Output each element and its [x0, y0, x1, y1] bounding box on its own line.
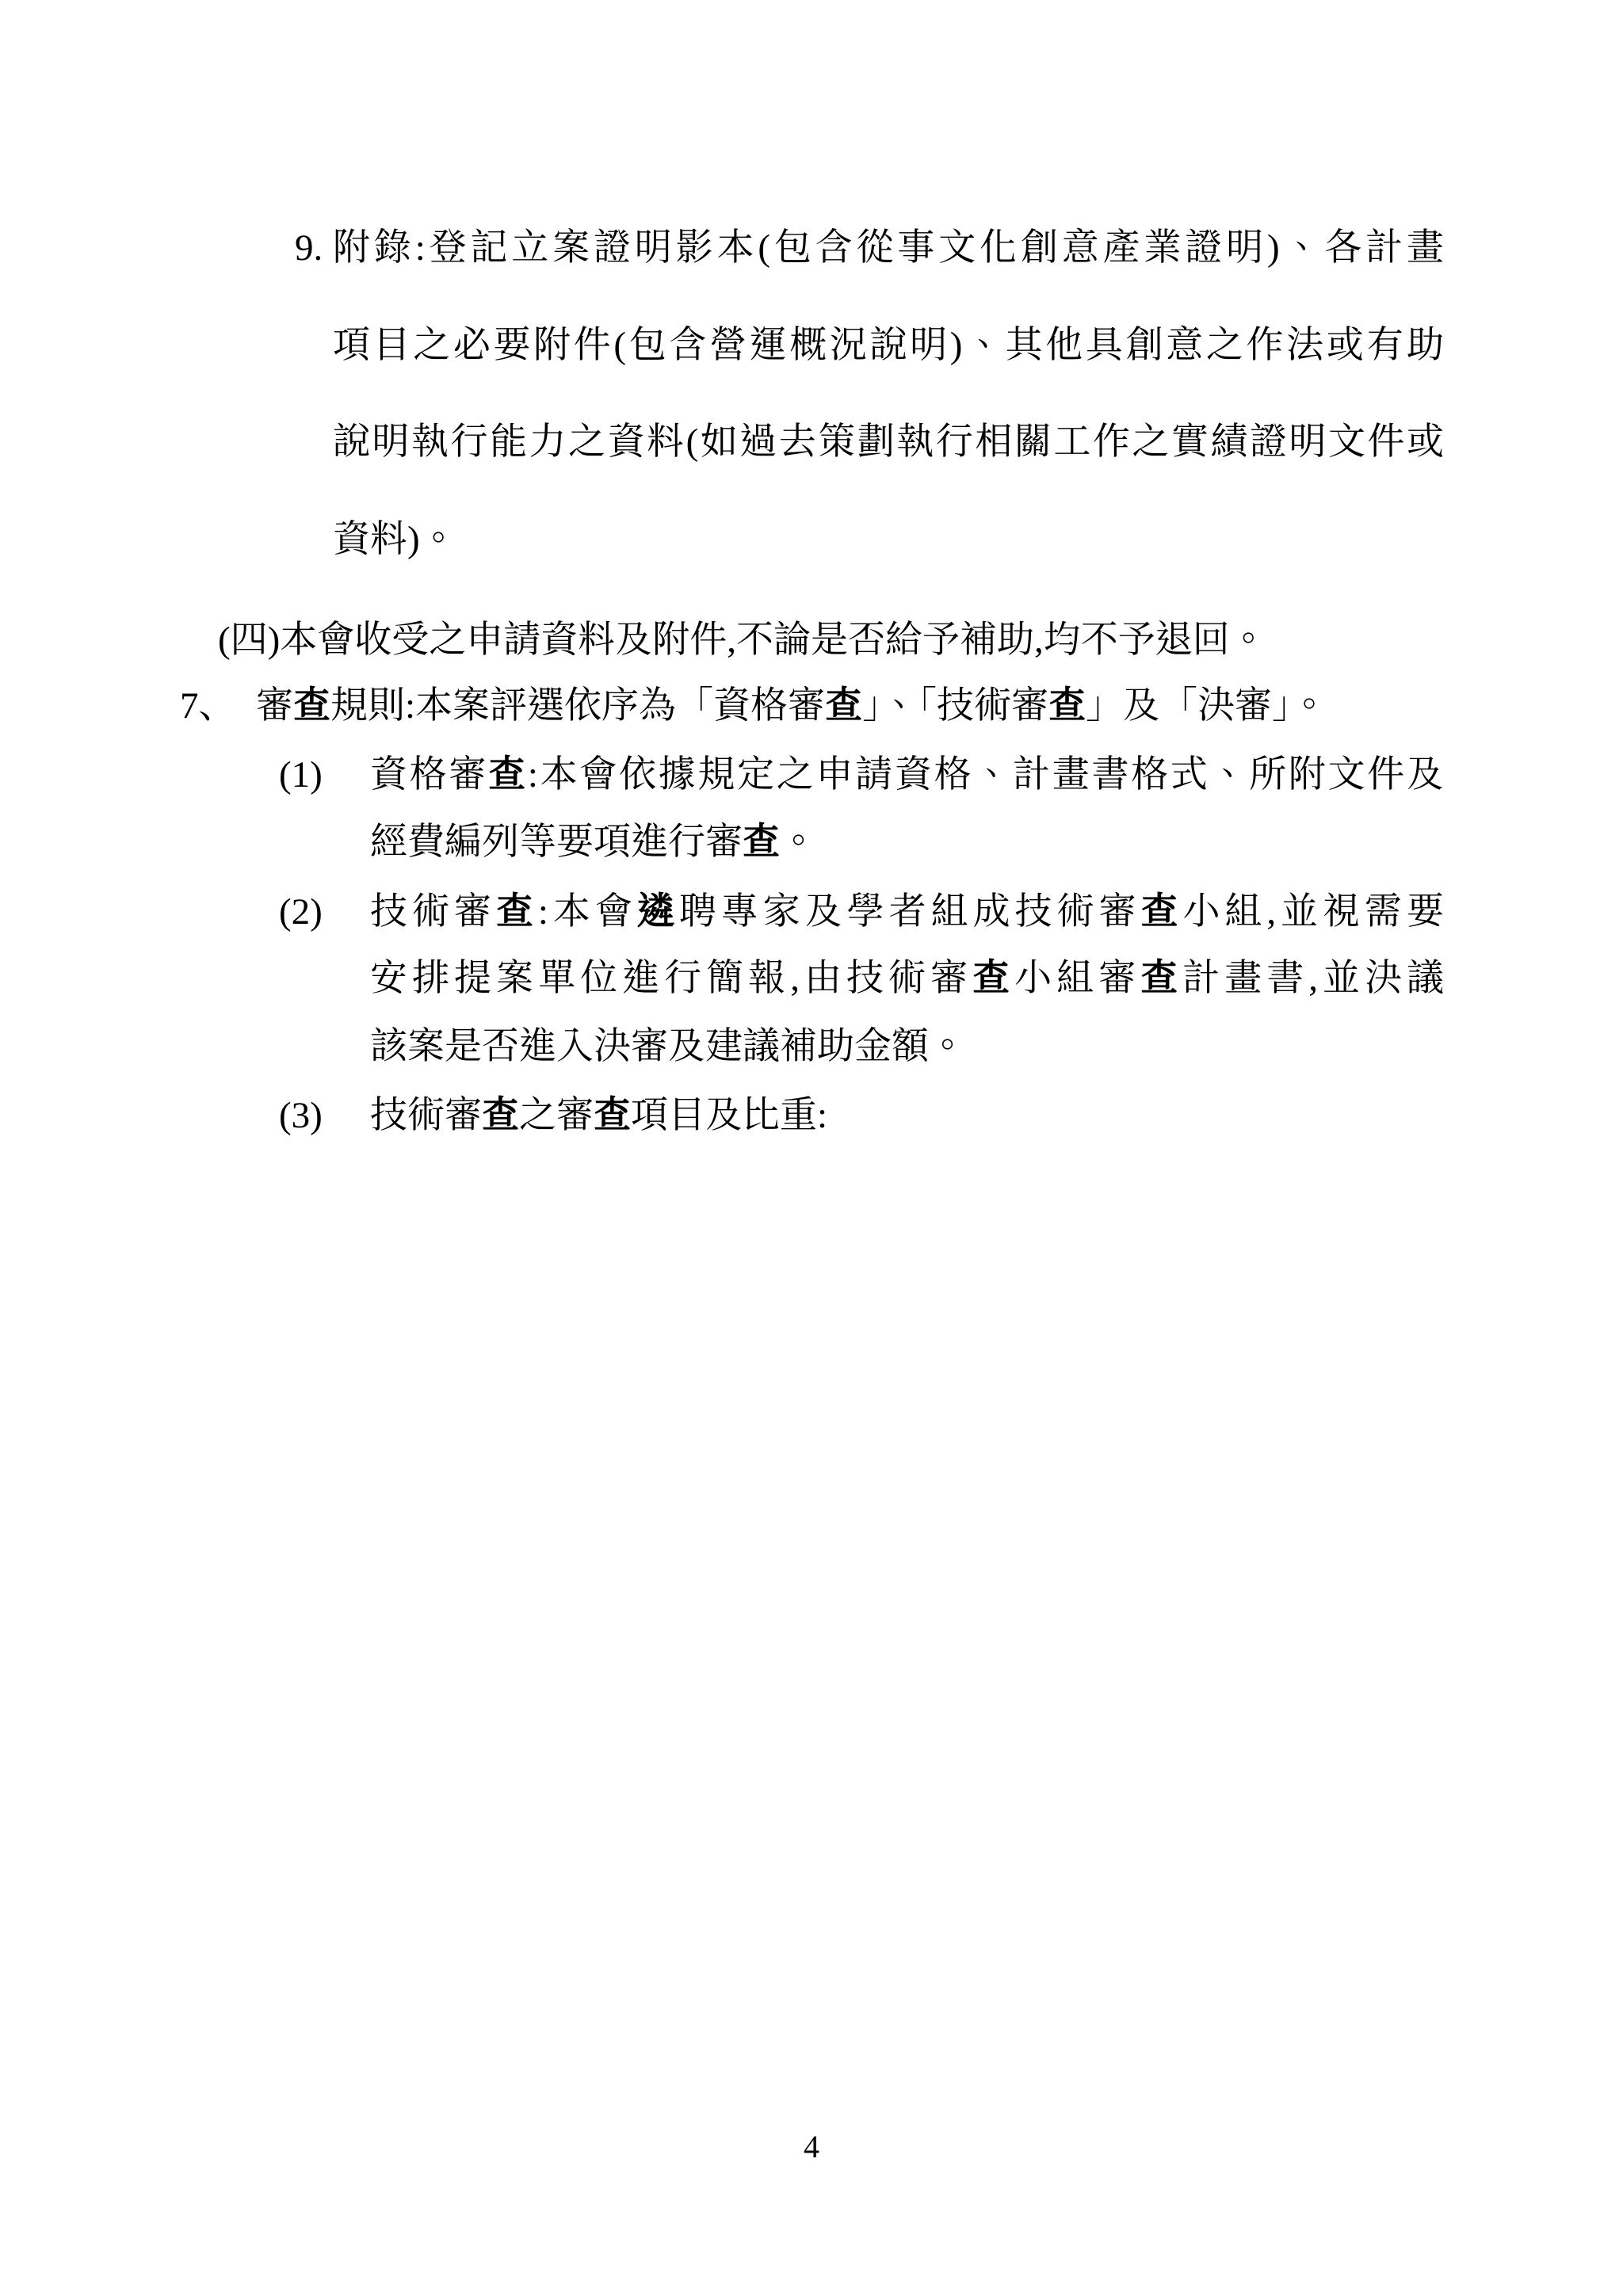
- sub-item-2-line-3: 該案是否進入決審及建議補助金額。: [370, 1024, 966, 1069]
- sub-item-2-line-2: 安排提案單位進行簡報,由技術審查小組審查計畫書,並決議: [370, 956, 1444, 1001]
- list-item-9-line-3: 說明執行能力之資料(如過去策劃執行相關工作之實績證明文件或: [333, 420, 1444, 464]
- sub-item-1-marker: (1): [279, 753, 323, 797]
- paragraph-four: (四)本會收受之申請資料及附件,不論是否給予補助,均不予退回。: [218, 618, 1267, 662]
- list-item-7-marker: 7、: [180, 684, 236, 728]
- page-number: 4: [0, 2130, 1623, 2164]
- document-page: 9. 附錄:登記立案證明影本(包含從事文化創意產業證明)、各計畫 項目之必要附件…: [0, 0, 1623, 2296]
- sub-item-3-marker: (3): [279, 1093, 323, 1138]
- list-item-9-line-2: 項目之必要附件(包含營運概況說明)、其他具創意之作法或有助: [333, 323, 1444, 368]
- list-item-9-marker: 9.: [295, 226, 323, 270]
- list-item-9-line-4: 資料)。: [333, 517, 457, 562]
- sub-item-2-marker: (2): [279, 890, 323, 934]
- list-item-9-line-1: 附錄:登記立案證明影本(包含從事文化創意產業證明)、各計畫: [333, 226, 1444, 270]
- sub-item-1-line-2: 經費編列等要項進行審查。: [370, 820, 817, 864]
- sub-item-3-line-1: 技術審查之審查項目及比重:: [370, 1093, 827, 1138]
- sub-item-2-line-1: 技術審查:本會遴聘專家及學者組成技術審查小組,並視需要: [370, 890, 1444, 934]
- list-item-7-title: 審查規則:本案評選依序為「資格審查」、「技術審查」及「決審」。: [256, 684, 1328, 728]
- sub-item-1-line-1: 資格審查:本會依據規定之申請資格、計畫書格式、所附文件及: [370, 753, 1444, 797]
